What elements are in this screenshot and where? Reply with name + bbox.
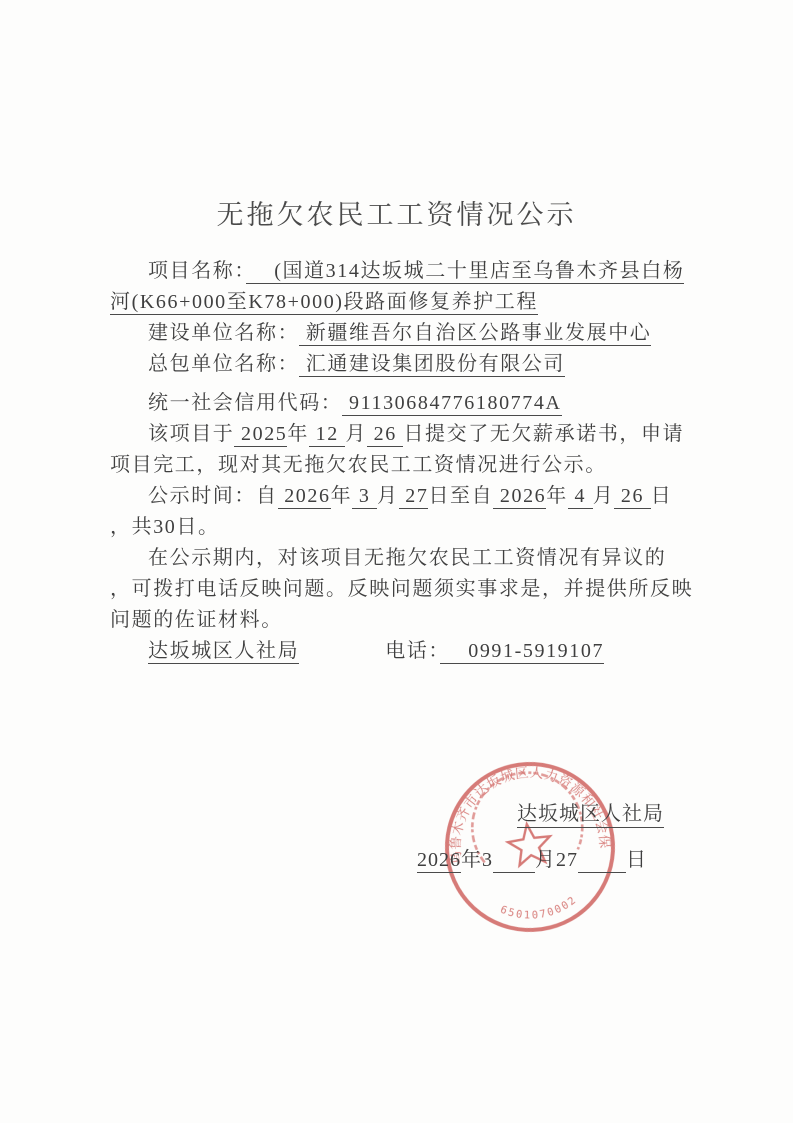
filled-blank xyxy=(578,849,626,873)
filled-blank: 新疆维吾尔自治区公路事业发展中心 xyxy=(299,322,651,346)
static-text: 年 xyxy=(546,485,568,507)
filled-blank xyxy=(493,849,535,873)
signature-agency-name: 达坂城区人社局 xyxy=(517,797,664,828)
static-text: 在公示期内，对该项目无拖欠农民工工资情况有异议的 xyxy=(148,547,666,569)
document-line: 河(K66+000至K78+000)段路面修复养护工程 xyxy=(110,287,676,318)
document-line: 在公示期内，对该项目无拖欠农民工工资情况有异议的 xyxy=(110,543,676,574)
static-text: 年 xyxy=(331,485,353,507)
stamp-serial: 6501070002630 xyxy=(432,749,582,934)
static-text: 年 xyxy=(287,423,309,445)
static-text: 建设单位名称： xyxy=(148,322,299,344)
document-line: 项目完工，现对其无拖欠农民工工资情况进行公示。 xyxy=(110,450,676,481)
static-text: 年3 xyxy=(461,849,493,871)
document-line: 总包单位名称： 汇通建设集团股份有限公司 xyxy=(110,349,676,380)
static-text: 问题的佐证材料。 xyxy=(110,609,283,631)
static-text: 日 xyxy=(626,849,647,871)
document-line: 该项目于 2025年 12 月 26 日提交了无欠薪承诺书，申请 xyxy=(110,419,676,450)
document-line: 问题的佐证材料。 xyxy=(110,605,676,636)
static-text: ，共30日。 xyxy=(110,516,220,538)
static-text: 月 xyxy=(593,485,615,507)
filled-blank: 26 xyxy=(614,485,650,509)
static-text: ，可拨打电话反映问题。反映问题须实事求是，并提供所反映 xyxy=(110,578,693,600)
static-text: 统一社会信用代码： xyxy=(148,392,342,414)
static-text: 项目完工，现对其无拖欠农民工工资情况进行公示。 xyxy=(110,454,607,476)
document-line: 公示时间：自 2026年 3 月 27日至自 2026年 4 月 26 日 xyxy=(110,481,676,512)
document-line: ，可拨打电话反映问题。反映问题须实事求是，并提供所反映 xyxy=(110,574,676,605)
filled-blank: 26 xyxy=(367,423,403,447)
filled-blank: 汇通建设集团股份有限公司 xyxy=(299,353,565,377)
filled-blank: 27 xyxy=(399,485,429,509)
signature-date: 2026年3 月27 日 xyxy=(417,843,647,872)
document-line: ，共30日。 xyxy=(110,512,676,543)
static-text: 项目名称： xyxy=(148,260,246,282)
static-text: 该项目于 xyxy=(148,423,234,445)
document-line: 项目名称： (国道314达坂城二十里店至乌鲁木齐县白杨 xyxy=(110,256,676,287)
document-line: 达坂城区人社局电话： 0991-5919107 xyxy=(110,636,676,667)
filled-blank: 91130684776180774A xyxy=(342,392,561,416)
document-line: 建设单位名称： 新疆维吾尔自治区公路事业发展中心 xyxy=(110,318,676,349)
static-text: 达坂城区人社局 xyxy=(148,640,299,664)
filled-blank: 2026 xyxy=(278,485,331,509)
static-text: 总包单位名称： xyxy=(148,353,299,375)
static-text: 月 xyxy=(345,423,367,445)
filled-blank: 2026 xyxy=(493,485,546,509)
filled-blank: 12 xyxy=(309,423,345,447)
static-text: 公示时间：自 xyxy=(148,485,278,507)
static-text: 日 xyxy=(651,485,673,507)
notice-body: 项目名称： (国道314达坂城二十里店至乌鲁木齐县白杨河(K66+000至K78… xyxy=(110,256,676,667)
filled-blank: 河(K66+000至K78+000)段路面修复养护工程 xyxy=(110,291,538,315)
static-text: 日提交了无欠薪承诺书，申请 xyxy=(403,423,684,445)
static-text: 月27 xyxy=(535,849,578,871)
filled-blank: 2025 xyxy=(234,423,287,447)
static-text: 电话： xyxy=(385,640,440,662)
filled-blank: 4 xyxy=(568,485,593,509)
filled-blank: 3 xyxy=(352,485,377,509)
filled-blank: 2026 xyxy=(417,849,461,873)
static-text: 月 xyxy=(377,485,399,507)
filled-blank: (国道314达坂城二十里店至乌鲁木齐县白杨 xyxy=(246,260,684,284)
document-line: 统一社会信用代码： 91130684776180774A xyxy=(110,388,676,419)
page-title: 无拖欠农民工工资情况公示 xyxy=(0,193,793,232)
static-text: 日至自 xyxy=(428,485,493,507)
scanned-notice-page: 无拖欠农民工工资情况公示 项目名称： (国道314达坂城二十里店至乌鲁木齐县白杨… xyxy=(0,0,793,1123)
filled-blank: 0991-5919107 xyxy=(440,640,604,664)
